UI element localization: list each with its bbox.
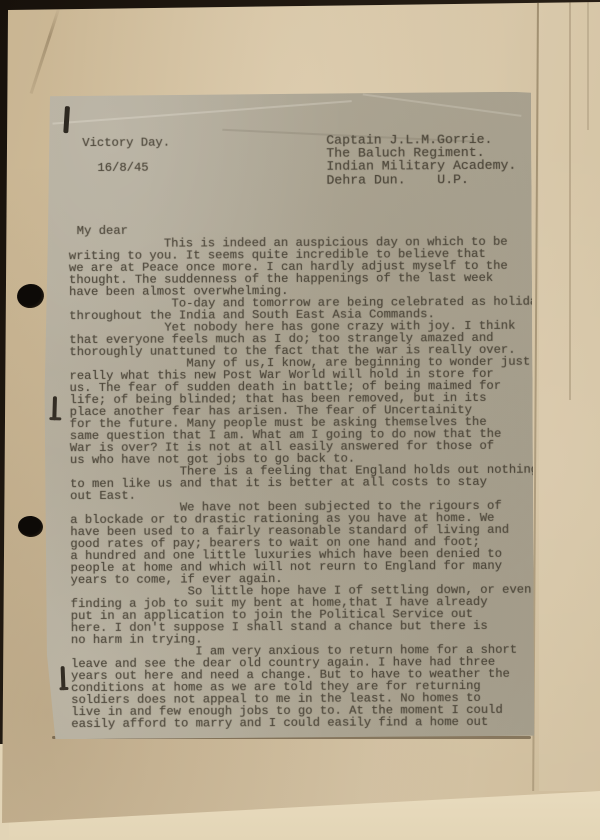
crease-mark xyxy=(52,100,351,124)
address-line: Indian Military Academy. xyxy=(326,159,516,173)
letter-date: 16/8/45 xyxy=(97,161,148,175)
letter-line: to men like us and that it is better at … xyxy=(70,476,538,490)
ink-mark xyxy=(61,666,66,690)
letter-line: easily afford to marry and I could easil… xyxy=(71,716,539,730)
scanned-letter: Victory Day. 16/8/45 Captain J.L.M.Gorri… xyxy=(0,0,600,840)
page-edge-line xyxy=(587,0,589,130)
crease-mark xyxy=(363,93,522,116)
sender-address-block: Captain J.L.M.Gorrie.The Baluch Regiment… xyxy=(326,133,516,187)
letter-sheet: Victory Day. 16/8/45 Captain J.L.M.Gorri… xyxy=(42,92,534,740)
ink-mark xyxy=(52,396,57,420)
address-line: Dehra Dun. U.P. xyxy=(326,172,516,186)
page-edge-line xyxy=(569,0,571,400)
ink-mark xyxy=(63,106,70,133)
letter-title: Victory Day. xyxy=(82,136,170,150)
letter-body: This is indeed an auspicious day on whic… xyxy=(69,236,540,730)
crease-mark xyxy=(30,6,61,94)
